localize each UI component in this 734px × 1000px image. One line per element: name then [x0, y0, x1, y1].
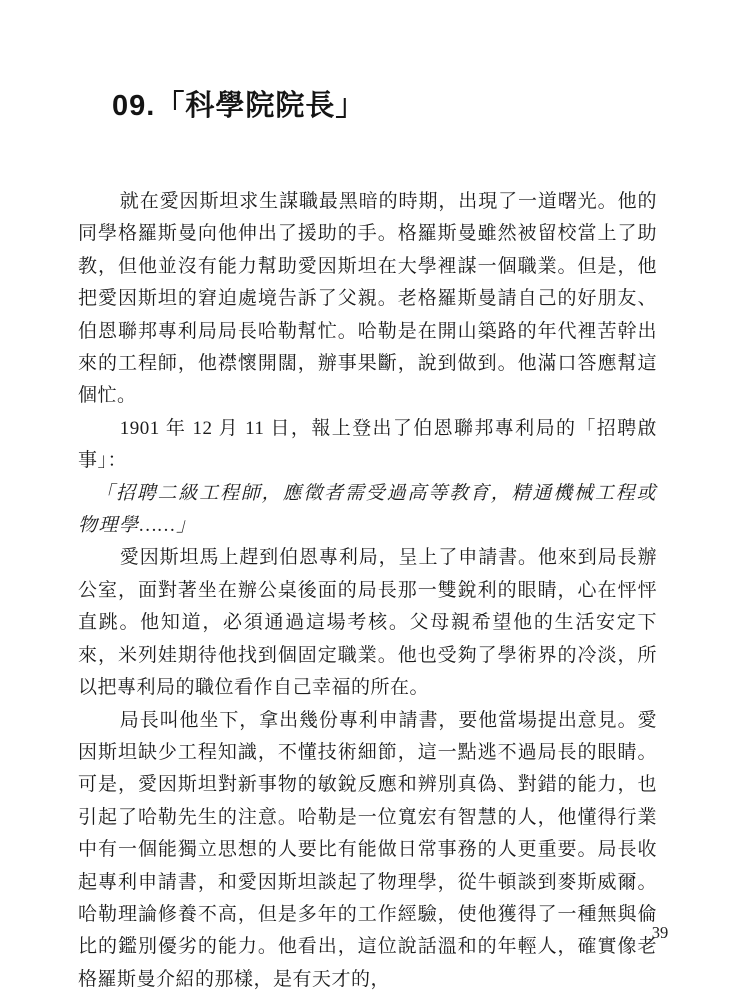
paragraph-5: 局長叫他坐下，拿出幾份專利申請書，要他當場提出意見。愛因斯坦缺少工程知識，不懂技… — [78, 705, 657, 997]
body-text: 就在愛因斯坦求生謀職最黑暗的時期，出現了一道曙光。他的同學格羅斯曼向他伸出了援助… — [78, 186, 657, 996]
paragraph-1: 就在愛因斯坦求生謀職最黑暗的時期，出現了一道曙光。他的同學格羅斯曼向他伸出了援助… — [78, 186, 657, 413]
paragraph-4: 愛因斯坦馬上趕到伯恩專利局，呈上了申請書。他來到局長辦公室，面對著坐在辦公桌後面… — [78, 542, 657, 704]
page-number: 39 — [642, 923, 678, 943]
paragraph-2: 1901 年 12 月 11 日，報上登出了伯恩聯邦專利局的「招聘啟事」： — [78, 413, 657, 478]
paragraph-3-quote: 「招聘二級工程師，應徵者需受過高等教育，精通機械工程或物理學……」 — [78, 478, 657, 543]
book-page: 09.「科學院院長」 就在愛因斯坦求生謀職最黑暗的時期，出現了一道曙光。他的同學… — [0, 0, 734, 1000]
chapter-title: 09.「科學院院長」 — [112, 83, 365, 124]
